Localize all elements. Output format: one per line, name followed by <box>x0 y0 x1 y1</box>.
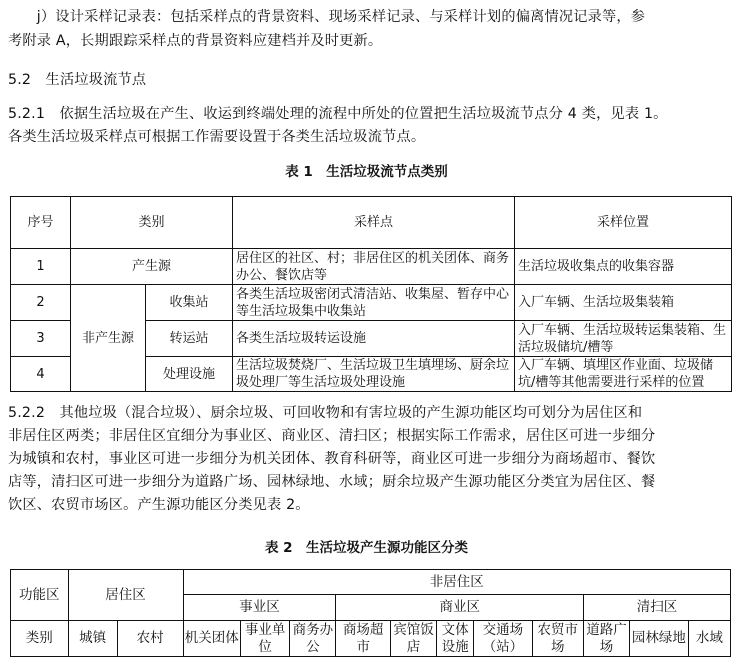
category-cell: 园林绿地 <box>630 621 689 657</box>
category-cell: 事业单位 <box>241 621 290 657</box>
category-cell: 商务办公 <box>290 621 336 657</box>
row-location: 入厂车辆、生活垃圾集装箱 <box>515 285 732 321</box>
header-sampling-location: 采样位置 <box>515 197 732 249</box>
type-urban: 城镇 <box>68 621 117 657</box>
header-category: 类别 <box>71 197 233 249</box>
row-location: 入厂车辆、生活垃圾转运集装箱、生活垃圾储坑/槽等 <box>515 321 732 357</box>
category-cell: 机关团体 <box>183 621 241 657</box>
paragraph-5-2-1-line1: 5.2.1 依据生活垃圾在产生、收运到终端处理的流程中所处的位置把生活垃圾流节点… <box>8 103 728 126</box>
paragraph-5-2-2-line4: 店等，清扫区可进一步细分为道路广场、园林绿地、水域；厨余垃圾产生源功能区分类宜为… <box>8 471 728 494</box>
row-no: 3 <box>11 321 71 357</box>
category-cell: 宾馆饭店 <box>390 621 436 657</box>
table-header-row: 序号 类别 采样点 采样位置 <box>11 197 732 249</box>
paragraph-j-line1: j）设计采样记录表：包括采样点的背景资料、现场采样记录、与采样计划的偏离情况记录… <box>8 6 728 29</box>
category-cell: 水域 <box>688 621 730 657</box>
row-point: 各类生活垃圾密闭式清洁站、收集屋、暂存中心等生活垃圾集中收集站 <box>233 285 515 321</box>
category-cell: 农贸市场 <box>532 621 583 657</box>
type-rural: 农村 <box>117 621 183 657</box>
table-waste-flow-nodes: 序号 类别 采样点 采样位置 1 产生源 居住区的社区、村；非居住区的机关团体、… <box>10 196 732 392</box>
paragraph-5-2-2-line3: 为城镇和农村，事业区可进一步细分为机关团体、教育科研等，商业区可进一步细分为商场… <box>8 448 728 471</box>
category-cell: 道路广场 <box>583 621 629 657</box>
paragraph-5-2-1-line2: 各类生活垃圾采样点可根据工作需要设置于各类生活垃圾流节点。 <box>8 126 728 149</box>
group-public-institution: 事业区 <box>183 595 336 621</box>
category-header: 类别 <box>11 621 69 657</box>
row-no: 2 <box>11 285 71 321</box>
row-point: 各类生活垃圾转运设施 <box>233 321 515 357</box>
paragraph-5-2-2-line5: 饮区、农贸市场区。产生源功能区分类见表 2。 <box>8 494 728 517</box>
row-category: 非产生源 <box>71 285 146 392</box>
row-subcategory: 转运站 <box>146 321 233 357</box>
group-commercial: 商业区 <box>336 595 583 621</box>
table-row: 1 产生源 居住区的社区、村；非居住区的机关团体、商务办公、餐饮店等 生活垃圾收… <box>11 249 732 285</box>
row-location: 生活垃圾收集点的收集容器 <box>515 249 732 285</box>
table2-caption: 表 2 生活垃圾产生源功能区分类 <box>0 536 733 556</box>
table-source-functional-zones: 功能区 居住区 非居住区 事业区 商业区 清扫区 类别 城镇 农村 机关团体 事… <box>10 569 731 657</box>
header-no: 序号 <box>11 197 71 249</box>
zone-header: 功能区 <box>11 570 69 621</box>
table-row: 2 非产生源 收集站 各类生活垃圾密闭式清洁站、收集屋、暂存中心等生活垃圾集中收… <box>11 285 732 321</box>
header-sampling-point: 采样点 <box>233 197 515 249</box>
category-cell: 交通场（站） <box>474 621 533 657</box>
residential-header: 居住区 <box>68 570 183 621</box>
row-point: 居住区的社区、村；非居住区的机关团体、商务办公、餐饮店等 <box>233 249 515 285</box>
row-point: 生活垃圾焚烧厂、生活垃圾卫生填埋场、厨余垃圾处理厂等生活垃圾处理设施 <box>233 357 515 392</box>
paragraph-j-line2: 考附录 A，长期跟踪采样点的背景资料应建档并及时更新。 <box>8 30 728 53</box>
category-cell: 商场超市 <box>336 621 390 657</box>
non-residential-header: 非居住区 <box>183 570 731 595</box>
row-no: 4 <box>11 357 71 392</box>
table1-caption: 表 1 生活垃圾流节点类别 <box>0 160 733 180</box>
group-cleaning: 清扫区 <box>583 595 730 621</box>
row-category: 产生源 <box>71 249 233 285</box>
section-heading-5-2: 5.2 生活垃圾流节点 <box>8 69 728 92</box>
paragraph-5-2-2-line2: 非居住区两类；非居住区宜细分为事业区、商业区、清扫区；根据实际工作需求，居住区可… <box>8 425 728 448</box>
row-subcategory: 处理设施 <box>146 357 233 392</box>
paragraph-5-2-2-line1: 5.2.2 其他垃圾（混合垃圾）、厨余垃圾、可回收物和有害垃圾的产生源功能区均可… <box>8 402 728 425</box>
row-location: 入厂车辆、填埋区作业面、垃圾储坑/槽等其他需要进行采样的位置 <box>515 357 732 392</box>
category-cell: 文体设施 <box>437 621 474 657</box>
row-no: 1 <box>11 249 71 285</box>
row-subcategory: 收集站 <box>146 285 233 321</box>
